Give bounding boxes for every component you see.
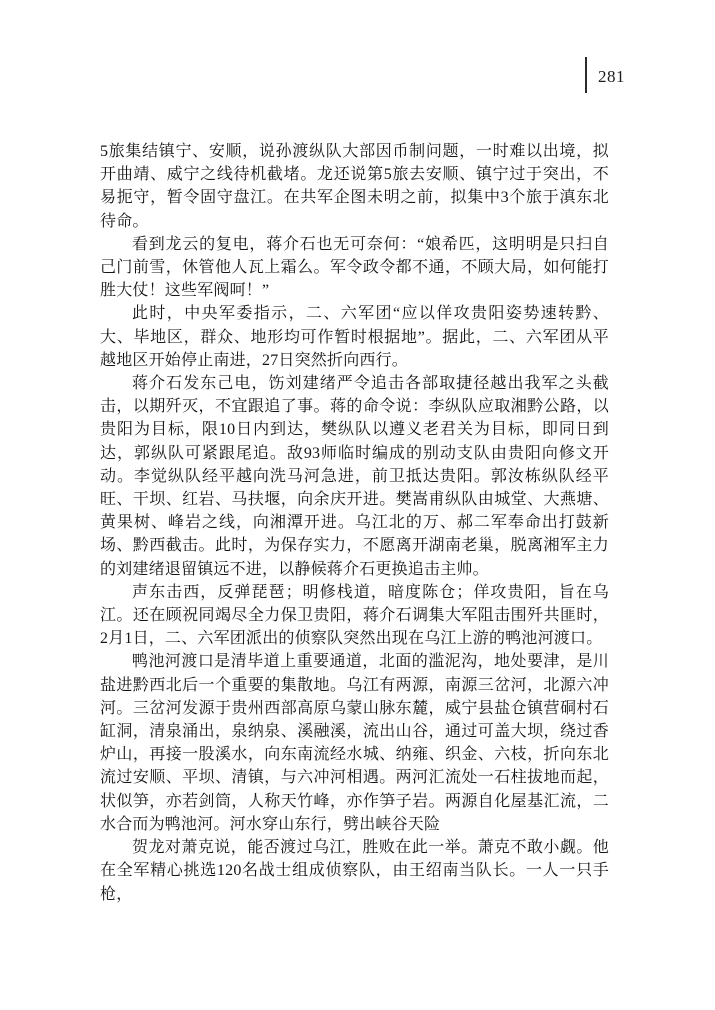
page-number-rule	[585, 57, 587, 93]
body-text: 5旅集结镇宁、安顺，说孙渡纵队大部因币制问题，一时难以出境，拟开曲靖、威宁之线待…	[100, 140, 609, 906]
paragraph: 蒋介石发东己电，饬刘建绪严令追击各部取捷径越出我军之头截击，以期歼灭，不宜跟追了…	[100, 372, 609, 581]
paragraph: 声东击西，反弹琵琶；明修栈道，暗度陈仓；佯攻贵阳，旨在乌江。还在顾祝同竭尽全力保…	[100, 581, 609, 651]
book-page: 281 5旅集结镇宁、安顺，说孙渡纵队大部因币制问题，一时难以出境，拟开曲靖、威…	[0, 0, 715, 1010]
page-number: 281	[598, 67, 625, 87]
paragraph: 贺龙对萧克说，能否渡过乌江，胜败在此一举。萧克不敢小觑。他在全军精心挑选120名…	[100, 836, 609, 906]
paragraph-continuation: 5旅集结镇宁、安顺，说孙渡纵队大部因币制问题，一时难以出境，拟开曲靖、威宁之线待…	[100, 140, 609, 233]
paragraph: 看到龙云的复电，蒋介石也无可奈何：“娘希匹，这明明是只扫自己门前雪，休管他人瓦上…	[100, 233, 609, 303]
paragraph: 鸭池河渡口是清毕道上重要通道，北面的滥泥沟，地处要津，是川盐进黔西北后一个重要的…	[100, 650, 609, 836]
paragraph: 此时，中央军委指示，二、六军团“应以佯攻贵阳姿势速转黔、大、毕地区，群众、地形均…	[100, 302, 609, 372]
page-number-block: 281	[585, 57, 625, 93]
